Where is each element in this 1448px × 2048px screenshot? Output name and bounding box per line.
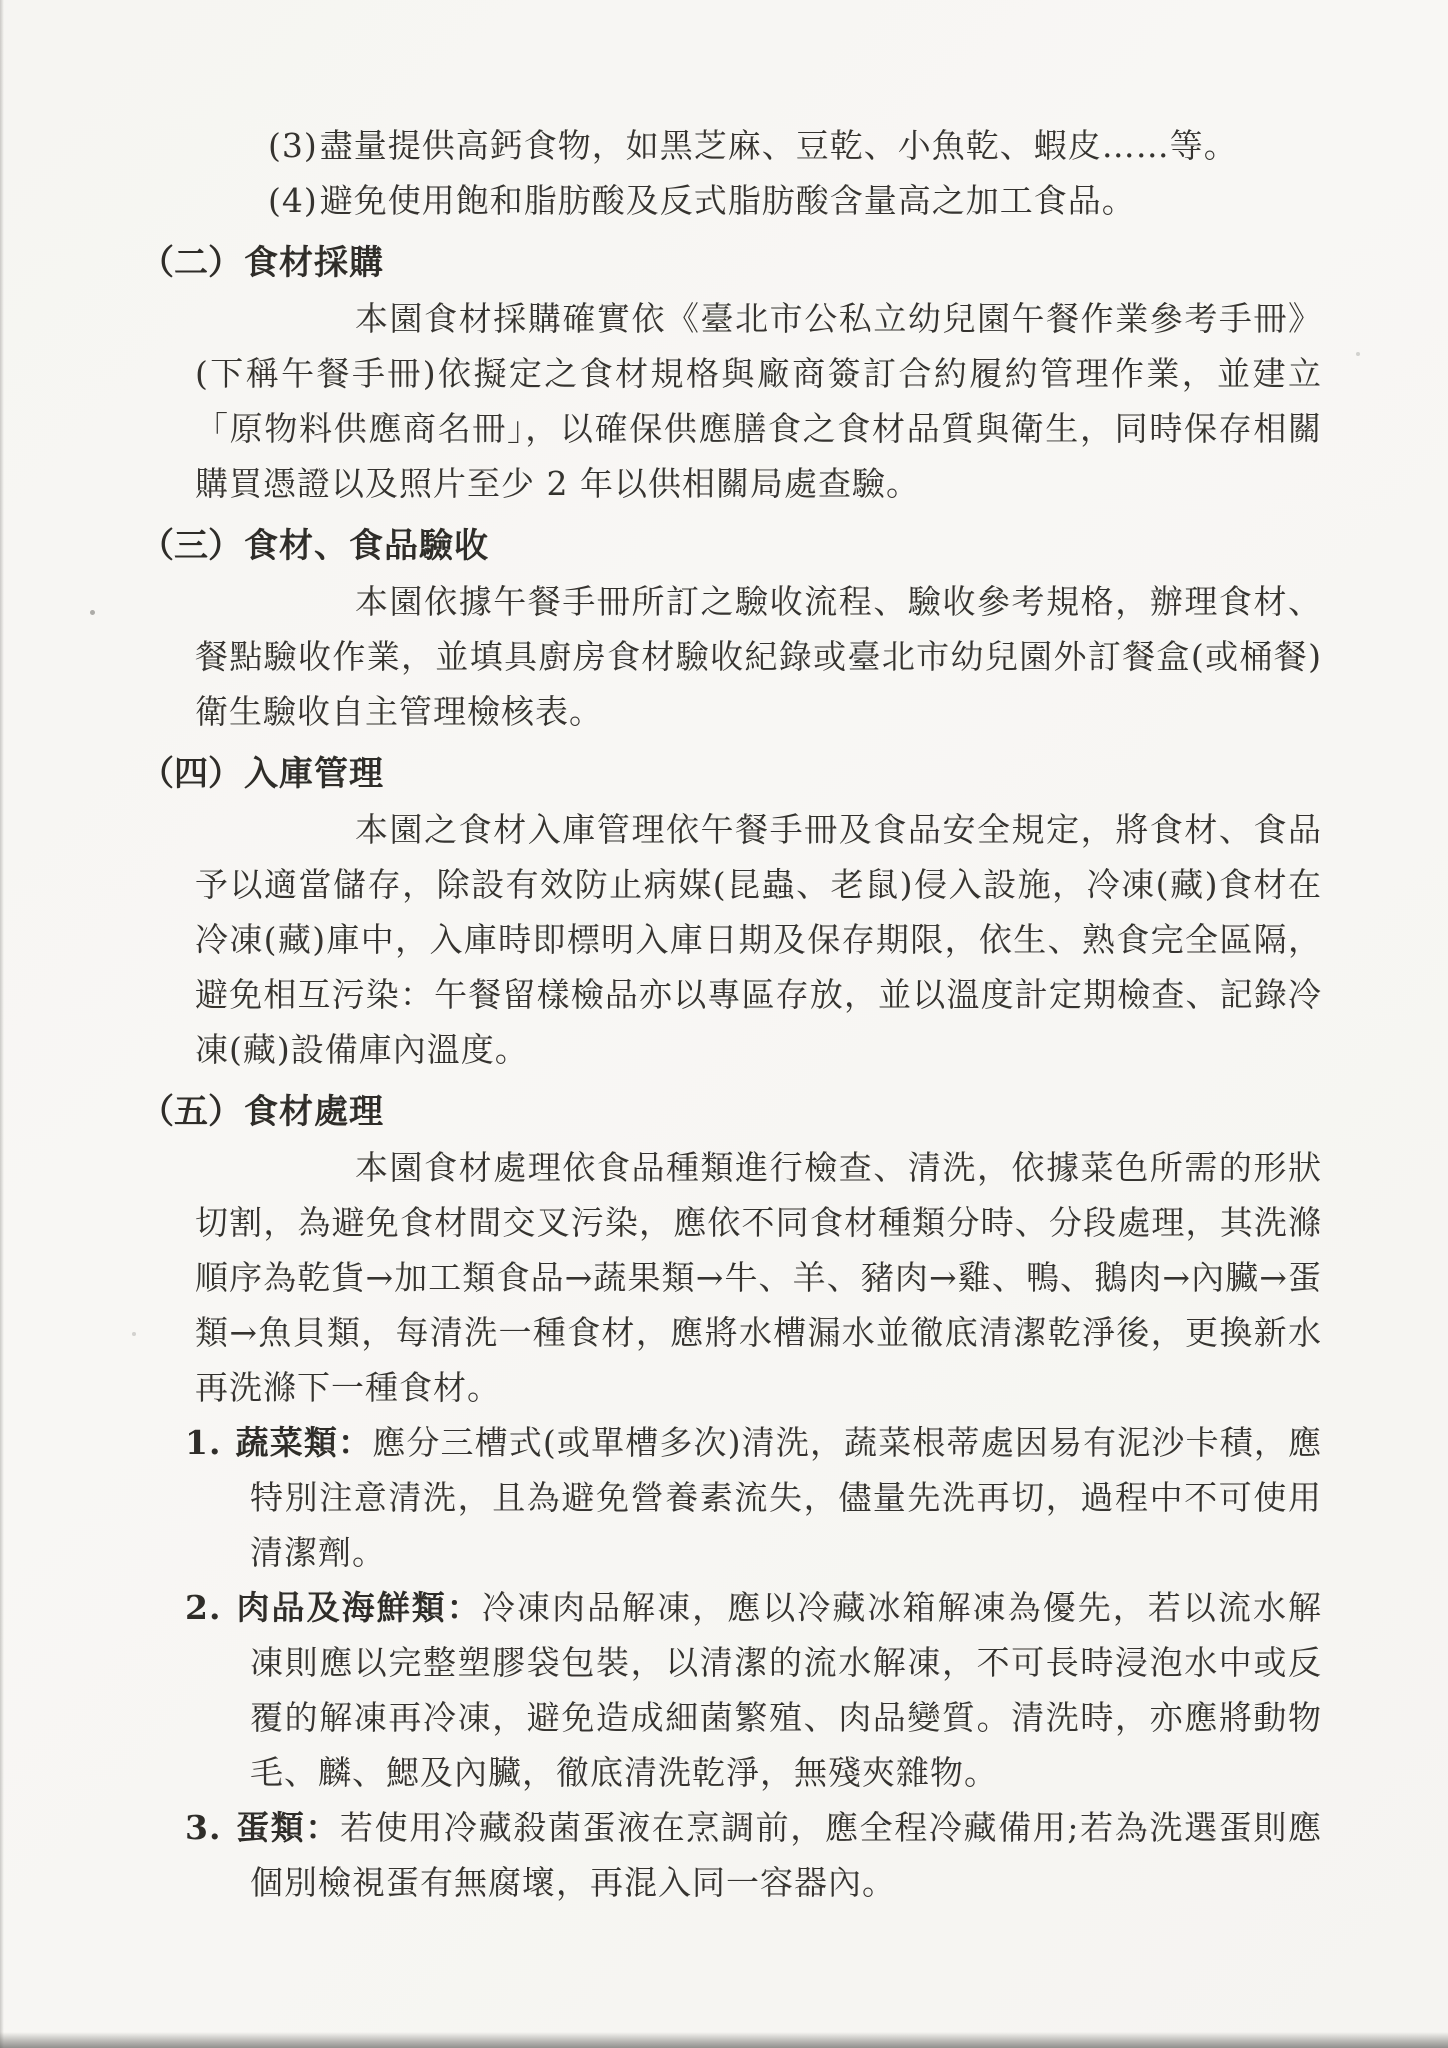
item-number: (4) (268, 181, 318, 220)
scan-edge-shadow-left (0, 0, 4, 2048)
item-text: 避免使用飽和脂肪酸及反式脂肪酸含量高之加工食品。 (320, 181, 1136, 220)
section-heading: （五）食材處理 (140, 1085, 1322, 1140)
item-label: 蔬菜類： (235, 1423, 372, 1462)
scanned-document-page: (3)盡量提供高鈣食物，如黑芝麻、豆乾、小魚乾、蝦皮……等。 (4)避免使用飽和… (0, 0, 1448, 2048)
scan-dust-speck (1356, 352, 1360, 356)
item-text: 若使用冷藏殺菌蛋液在烹調前，應全程冷藏備用;若為洗選蛋則應個別檢視蛋有無腐壞，再… (250, 1808, 1322, 1902)
item-number: (3) (268, 126, 318, 165)
section-number: （三） (140, 526, 242, 566)
document-content: (3)盡量提供高鈣食物，如黑芝麻、豆乾、小魚乾、蝦皮……等。 (4)避免使用飽和… (140, 118, 1322, 1910)
list-item-3: (3)盡量提供高鈣食物，如黑芝麻、豆乾、小魚乾、蝦皮……等。 (268, 118, 1322, 173)
numbered-item-meat-seafood: 2.肉品及海鮮類：冷凍肉品解凍，應以冷藏冰箱解凍為優先，若以流水解凍則應以完整塑… (185, 1580, 1322, 1800)
section-paragraph: 本園食材處理依食品種類進行檢查、清洗，依據菜色所需的形狀切割，為避免食材間交叉污… (195, 1140, 1322, 1415)
item-number: 3. (185, 1808, 221, 1847)
item-label: 肉品及海鮮類： (235, 1588, 481, 1627)
numbered-item-eggs: 3.蛋類：若使用冷藏殺菌蛋液在烹調前，應全程冷藏備用;若為洗選蛋則應個別檢視蛋有… (185, 1800, 1322, 1910)
section-paragraph: 本園食材採購確實依《臺北市公私立幼兒園午餐作業參考手冊》(下稱午餐手冊)依擬定之… (195, 291, 1322, 511)
section-number: （四） (140, 754, 242, 794)
section-number: （五） (140, 1092, 242, 1132)
section-heading: （三）食材、食品驗收 (140, 519, 1322, 574)
item-text: 盡量提供高鈣食物，如黑芝麻、豆乾、小魚乾、蝦皮……等。 (320, 126, 1238, 165)
section-paragraph: 本園之食材入庫管理依午餐手冊及食品安全規定，將食材、食品予以適當儲存，除設有效防… (195, 802, 1322, 1077)
item-number: 1. (185, 1423, 221, 1462)
scan-dust-speck (90, 610, 95, 615)
item-label: 蛋類： (235, 1808, 340, 1847)
section-title: 食材、食品驗收 (244, 526, 489, 566)
section-title: 食材採購 (244, 243, 384, 283)
nested-list-continuation: (3)盡量提供高鈣食物，如黑芝麻、豆乾、小魚乾、蝦皮……等。 (4)避免使用飽和… (268, 118, 1322, 228)
section-storage-management: （四）入庫管理 本園之食材入庫管理依午餐手冊及食品安全規定，將食材、食品予以適當… (140, 747, 1322, 1077)
section-food-procurement: （二）食材採購 本園食材採購確實依《臺北市公私立幼兒園午餐作業參考手冊》(下稱午… (140, 236, 1322, 511)
scan-edge-shadow-bottom (0, 2032, 1448, 2048)
section-heading: （二）食材採購 (140, 236, 1322, 291)
scan-dust-speck (132, 1332, 136, 1336)
section-heading: （四）入庫管理 (140, 747, 1322, 802)
section-number: （二） (140, 243, 242, 283)
item-number: 2. (185, 1588, 221, 1627)
section-title: 入庫管理 (244, 754, 384, 794)
list-item-4: (4)避免使用飽和脂肪酸及反式脂肪酸含量高之加工食品。 (268, 173, 1322, 228)
section-food-inspection: （三）食材、食品驗收 本園依據午餐手冊所訂之驗收流程、驗收參考規格，辦理食材、餐… (140, 519, 1322, 739)
section-food-handling: （五）食材處理 本園食材處理依食品種類進行檢查、清洗，依據菜色所需的形狀切割，為… (140, 1085, 1322, 1910)
numbered-item-vegetables: 1.蔬菜類：應分三槽式(或單槽多次)清洗，蔬菜根蒂處因易有泥沙卡積，應特別注意清… (185, 1415, 1322, 1580)
section-title: 食材處理 (244, 1092, 384, 1132)
section-paragraph: 本園依據午餐手冊所訂之驗收流程、驗收參考規格，辦理食材、餐點驗收作業，並填具廚房… (195, 574, 1322, 739)
numbered-list: 1.蔬菜類：應分三槽式(或單槽多次)清洗，蔬菜根蒂處因易有泥沙卡積，應特別注意清… (185, 1415, 1322, 1910)
item-text: 應分三槽式(或單槽多次)清洗，蔬菜根蒂處因易有泥沙卡積，應特別注意清洗，且為避免… (250, 1423, 1322, 1572)
